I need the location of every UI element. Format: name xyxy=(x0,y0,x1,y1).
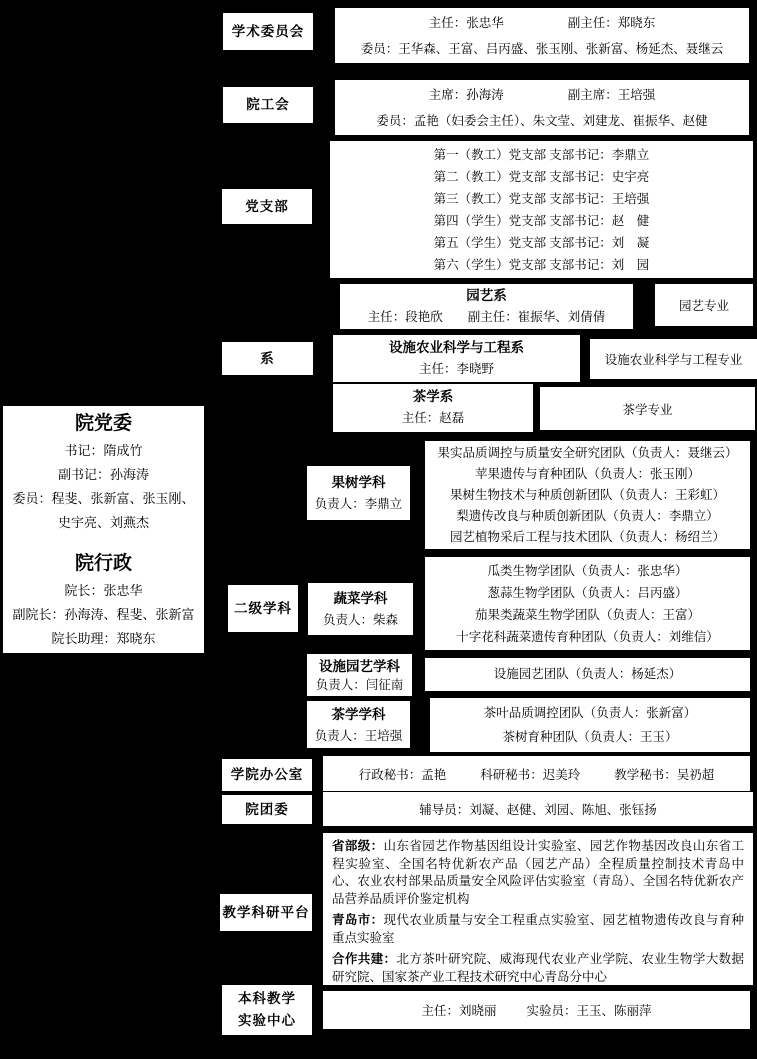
teaching-center-label-line1: 本科教学 xyxy=(238,988,296,1010)
platforms-box: 省部级：山东省园艺作物基因组设计实验室、园艺作物基因改良山东省工程实验室、全国名… xyxy=(323,833,753,985)
department-horticulture-box: 园艺系 主任：段艳欣 副主任：崔振华、刘倩倩 xyxy=(340,284,633,329)
teaching-center-label-line2: 实验中心 xyxy=(238,1010,296,1032)
section-label-party-branches: 党支部 xyxy=(222,189,312,224)
teaching-center-technicians: 实验员：王玉、陈丽萍 xyxy=(527,1001,652,1019)
discipline-name: 茶学学科 xyxy=(332,704,386,726)
discipline-fruit-tree-teams-box: 果实品质调控与质量安全研究团队（负责人：聂继云） 苹果遗传与育种团队（负责人：张… xyxy=(425,441,750,549)
major-tea-box: 茶学专业 xyxy=(540,387,755,430)
youth-league-box: 辅导员：刘凝、赵健、刘园、陈旭、张钰扬 xyxy=(323,792,753,826)
section-label-teaching-center: 本科教学 实验中心 xyxy=(222,985,312,1035)
department-leaders: 主任：赵磊 xyxy=(402,407,465,429)
administration-vice-deans: 副院长：孙海涛、程斐、张新富 xyxy=(12,603,194,627)
party-committee-members-line2: 史宇亮、刘燕杰 xyxy=(58,511,149,535)
platform-entry: 省部级：山东省园艺作物基因组设计实验室、园艺作物基因改良山东省工程实验室、全国名… xyxy=(332,838,744,908)
team-item: 茄果类蔬菜生物学团队（负责人：王富） xyxy=(475,604,700,626)
discipline-facility-horticulture-teams-box: 设施园艺团队（负责人：杨延杰） xyxy=(425,658,750,691)
section-label-platforms: 教学科研平台 xyxy=(220,894,312,931)
party-branch-item: 第四（学生）党支部 支部书记：赵 健 xyxy=(434,210,650,232)
academic-committee-director: 主任：张忠华 xyxy=(429,10,504,36)
union-vice-chairman: 副主席：王培强 xyxy=(568,82,656,108)
discipline-leader: 负责人：李鼎立 xyxy=(315,494,403,514)
party-branch-item: 第五（学生）党支部 支部书记：刘 凝 xyxy=(434,232,650,254)
party-committee-members-line1: 委员：程斐、张新富、张玉刚、 xyxy=(12,487,194,511)
department-tea-box: 茶学系 主任：赵磊 xyxy=(333,384,533,432)
department-leaders: 主任：段艳欣 副主任：崔振华、刘倩倩 xyxy=(368,306,606,328)
platform-entry: 合作共建：北方茶叶研究院、威海现代农业产业学院、农业生物学大数据研究院、国家茶产… xyxy=(332,951,744,986)
party-committee-deputy-secretary: 副书记：孙海涛 xyxy=(58,463,149,487)
leadership-panel: 院党委 书记：隋成竹 副书记：孙海涛 委员：程斐、张新富、张玉刚、 史宇亮、刘燕… xyxy=(3,406,204,653)
discipline-leader: 负责人：柴森 xyxy=(323,610,398,630)
party-branch-item: 第六（学生）党支部 支部书记：刘 园 xyxy=(434,254,650,276)
team-item: 果树生物技术与种质创新团队（负责人：王彩虹） xyxy=(450,485,725,506)
department-name: 设施农业科学与工程系 xyxy=(389,338,524,358)
team-item: 茶树育种团队（负责人：王玉） xyxy=(502,725,677,749)
office-box: 行政秘书：孟艳 科研秘书：迟美玲 教学秘书：吴礽超 xyxy=(323,756,750,791)
discipline-facility-horticulture-box: 设施园艺学科 负责人：闫征南 xyxy=(307,654,412,696)
administration-dean-assistant: 院长助理：郑晓东 xyxy=(51,627,155,651)
org-chart: 学术委员会 主任：张忠华 副主任：郑晓东 委员：王华森、王富、吕丙盛、张玉刚、张… xyxy=(0,0,757,1059)
office-admin-secretary: 行政秘书：孟艳 xyxy=(359,765,447,783)
department-name: 茶学系 xyxy=(413,387,454,407)
platform-level-qingdao: 青岛市： xyxy=(332,913,384,927)
platform-level-provincial: 省部级： xyxy=(332,839,384,853)
academic-committee-members: 委员：王华森、王富、吕丙盛、张玉刚、张新富、杨延杰、聂继云 xyxy=(361,36,724,62)
discipline-leader: 负责人：王培强 xyxy=(315,726,403,746)
platform-level-joint: 合作共建： xyxy=(332,952,396,966)
team-item: 十字花科蔬菜遗传育种团队（负责人：刘维信） xyxy=(456,626,719,648)
party-branches-box: 第一（教工）党支部 支部书记：李鼎立 第二（教工）党支部 支部书记：史宇亮 第三… xyxy=(330,141,753,278)
union-members: 委员：孟艳（妇委会主任）、朱文莹、刘建龙、崔振华、赵健 xyxy=(376,108,707,134)
union-box: 主席：孙海涛 副主席：王培强 委员：孟艳（妇委会主任）、朱文莹、刘建龙、崔振华、… xyxy=(335,80,749,135)
major-facility-agriculture-box: 设施农业科学与工程专业 xyxy=(590,339,757,379)
platform-entry: 青岛市：现代农业质量与安全工程重点实验室、园艺植物遗传改良与育种重点实验室 xyxy=(332,912,744,947)
team-item: 梨遗传改良与种质创新团队（负责人：李鼎立） xyxy=(456,506,719,527)
team-item: 园艺植物采后工程与技术团队（负责人：杨绍兰） xyxy=(450,527,725,548)
section-label-secondary-disciplines: 二级学科 xyxy=(228,585,298,632)
section-label-academic-committee: 学术委员会 xyxy=(223,13,313,50)
union-chairman: 主席：孙海涛 xyxy=(429,82,504,108)
party-branch-item: 第二（教工）党支部 支部书记：史宇亮 xyxy=(434,166,650,188)
team-item: 设施园艺团队（负责人：杨延杰） xyxy=(494,664,682,685)
party-branch-item: 第三（教工）党支部 支部书记：王培强 xyxy=(434,188,650,210)
office-teaching-secretary: 教学秘书：吴礽超 xyxy=(614,765,714,783)
discipline-name: 果树学科 xyxy=(332,472,386,494)
party-committee-title: 院党委 xyxy=(75,409,132,439)
team-item: 茶叶品质调控团队（负责人：张新富） xyxy=(484,701,697,725)
team-item: 瓜类生物学团队（负责人：张忠华） xyxy=(487,560,687,582)
office-research-secretary: 科研秘书：迟美玲 xyxy=(480,765,580,783)
administration-dean: 院长：张忠华 xyxy=(64,579,142,603)
discipline-leader: 负责人：闫征南 xyxy=(316,676,404,694)
party-branch-item: 第一（教工）党支部 支部书记：李鼎立 xyxy=(434,144,650,166)
discipline-tea-teams-box: 茶叶品质调控团队（负责人：张新富） 茶树育种团队（负责人：王玉） xyxy=(430,698,750,752)
discipline-name: 蔬菜学科 xyxy=(334,588,388,610)
discipline-tea-box: 茶学学科 负责人：王培强 xyxy=(307,701,410,748)
team-item: 果实品质调控与质量安全研究团队（负责人：聂继云） xyxy=(437,443,737,464)
discipline-fruit-tree-box: 果树学科 负责人：李鼎立 xyxy=(307,466,410,520)
major-horticulture-box: 园艺专业 xyxy=(655,284,753,326)
section-label-union: 院工会 xyxy=(223,87,313,123)
teaching-center-box: 主任：刘晓丽 实验员：王玉、陈丽萍 xyxy=(323,991,750,1029)
platform-list: 山东省园艺作物基因组设计实验室、园艺作物基因改良山东省工程实验室、全国名特优新农… xyxy=(332,839,744,906)
department-facility-agriculture-box: 设施农业科学与工程系 主任：李晓野 xyxy=(333,335,580,382)
discipline-name: 设施园艺学科 xyxy=(319,657,400,676)
section-label-office: 学院办公室 xyxy=(222,759,312,791)
academic-committee-box: 主任：张忠华 副主任：郑晓东 委员：王华森、王富、吕丙盛、张玉刚、张新富、杨延杰… xyxy=(335,8,749,63)
academic-committee-deputy: 副主任：郑晓东 xyxy=(568,10,656,36)
teaching-center-director: 主任：刘晓丽 xyxy=(421,1001,496,1019)
team-item: 葱蒜生物学团队（负责人：吕丙盛） xyxy=(487,582,687,604)
party-committee-secretary: 书记：隋成竹 xyxy=(64,439,142,463)
platform-list: 现代农业质量与安全工程重点实验室、园艺植物遗传改良与育种重点实验室 xyxy=(332,913,744,945)
administration-title: 院行政 xyxy=(75,549,132,579)
section-label-departments: 系 xyxy=(222,342,313,375)
department-leaders: 主任：李晓野 xyxy=(419,358,494,380)
discipline-vegetable-teams-box: 瓜类生物学团队（负责人：张忠华） 葱蒜生物学团队（负责人：吕丙盛） 茄果类蔬菜生… xyxy=(425,557,750,650)
department-name: 园艺系 xyxy=(466,286,507,306)
section-label-youth-league: 院团委 xyxy=(222,795,312,824)
union-leaders: 主席：孙海涛 副主席：王培强 xyxy=(429,82,656,108)
team-item: 苹果遗传与育种团队（负责人：张玉刚） xyxy=(475,464,700,485)
discipline-vegetable-box: 蔬菜学科 负责人：柴森 xyxy=(308,583,413,635)
academic-committee-leaders: 主任：张忠华 副主任：郑晓东 xyxy=(429,10,656,36)
